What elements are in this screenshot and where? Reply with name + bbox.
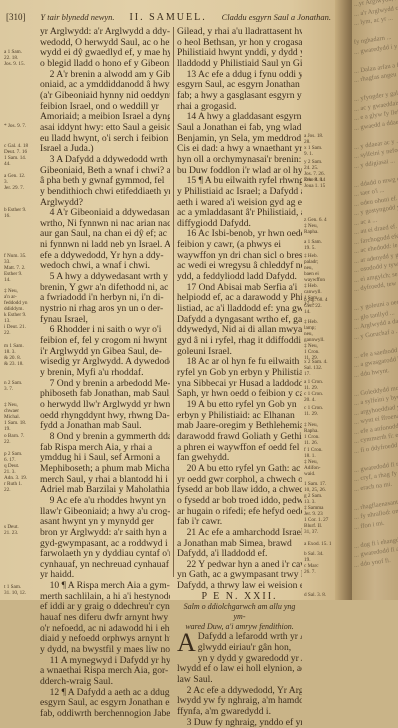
verse-line: o blegid lladd o hono ef y Gibeoniaid. xyxy=(40,59,170,70)
verse-line: y brenin, Myfi a'u rhoddaf. xyxy=(40,368,170,379)
verse-line: ryfel yn Gob yn erbyn y Philistiaid: xyxy=(177,368,302,379)
verse-line: a Jonathan mab Simea, brawd xyxy=(177,539,302,550)
verse-line: 16 Ac Isbi-benob, yr hwn oedd o xyxy=(177,229,302,240)
verse-line: y Philistiaid ac Israel; a Dafydd a xyxy=(177,187,302,198)
verse-line: 7 Ond y brenin a arbedodd Me- xyxy=(40,379,170,390)
verse-line: waywffon yn dri chan sicl o bres) xyxy=(177,251,302,262)
verse-line: fynau Israel, xyxy=(40,315,170,326)
verse-line: i'r Arglwydd yn Gibea Saul, de- xyxy=(40,347,170,358)
verse-line: listiad, ac a'i lladdodd ef: yna gwyr xyxy=(177,304,302,315)
book-title: II. SAMUEL. xyxy=(129,12,206,23)
verse-line: ni fynnwn ni ladd neb yn Israel. Ac xyxy=(40,240,170,251)
verse-line: feibion ef, fel y crogom ni hwynt xyxy=(40,336,170,347)
verse-line: asai iddynt hwy: etto Saul a geisiodd xyxy=(40,123,170,134)
margin-reference: c Gal. 4. 18 Deut. 7. 16 1 Sam. 14. 44. xyxy=(4,143,28,167)
verse-line: a phren ei waywffon ef oedd fel car- xyxy=(177,443,302,454)
margin-reference: m 1 Sam. 18. 3. & 20. 8. & 23. 18. xyxy=(4,343,24,367)
verse-line: 14 A hwy a gladdasant esgyrn xyxy=(177,112,302,123)
margin-reference: f Num. 35. 33. Matt. 7. 2. Esther 9. 14. xyxy=(4,253,26,283)
verse-line: Israel a Juda.) xyxy=(40,144,170,155)
margin-reference: a Jos. 18. 28. xyxy=(304,133,323,145)
margin-reference: a 1 Cron. 11. 29. c 1 Cron. 20. 4. xyxy=(304,379,323,403)
verse-line: 20 A bu etto ryfel yn Gath: ac xyxy=(177,464,302,475)
margin-reference: c 1 Cron. 11. 29. xyxy=(304,405,323,417)
left-column-text: yr Arglwydd: a'r Arglwydd a ddy-wedodd, … xyxy=(40,27,170,600)
verse-line: ydd, a feddyliodd ladd Dafydd. xyxy=(177,272,302,283)
verse-line: diffygiodd Dafydd. xyxy=(177,219,302,230)
verse-line: oniaid, ac a ymddiddanodd â hwynt xyxy=(40,80,170,91)
verse-line: y bendithioch chwi etifeddiaeth yr xyxy=(40,187,170,198)
verse-line: Arglwydd? xyxy=(40,198,170,209)
verse-line: o fysedd ar bob troed iddo, pedwar xyxy=(177,496,302,507)
margin-reference: f 1 Cron. 18. 1. ‡ Neu, Adifon- waid. xyxy=(304,447,323,477)
verse-line: Mephiboseth; a phum mab Michal xyxy=(40,464,170,475)
verse-line: Saul a Jonathan ei fab, yng wlad xyxy=(177,123,302,134)
verse-line: 22 Y pedwar hyn a aned i'r cawr xyxy=(177,560,302,571)
verse-line: ar hugain o rifedi; efe hefyd oedd xyxy=(177,507,302,518)
margin-reference: a 1 Sam. 19. 5. xyxy=(304,239,322,251)
verse-line: 13 Ac efe a ddug i fynu oddi yno xyxy=(177,70,302,81)
verse-line: bron yr Arglwydd: a'r saith hyn a xyxy=(40,528,170,539)
verse-line: 5 A hwy a ddywedasant wrth y xyxy=(40,272,170,283)
verse-line: (a'r Gibeoniaid hynny nid oeddynt o xyxy=(40,91,170,102)
verse-line: rhai a grogasid. xyxy=(177,102,302,113)
margin-reference: a 1 Sam. 22. 18. Jos. 9. 15. xyxy=(4,49,25,67)
verse-line: wedodd, O herwydd Saul, ac o her- xyxy=(40,38,170,49)
verse-line: wedoch chwi, a wnaf i chwi. xyxy=(40,261,170,272)
verse-line: helpiodd ef, ac a darawodd y Phi- xyxy=(177,293,302,304)
margin-reference: 1 Sam. 17. 10, 25, 26. g 2 Sam. 13. 3. xyxy=(304,481,326,505)
margin-reference: z Gen. 6. 4 ‡ Neu, Rapha. xyxy=(304,217,327,235)
verse-line: llaw'r Gibeoniaid; a hwy a'u crog- xyxy=(40,507,170,518)
margin-reference: o Barn. 7. 22. xyxy=(4,433,24,445)
right-running-title: Claddu esgyrn Saul a Jonathan. xyxy=(222,12,331,22)
verse-line: Amoriaid; a meibion Israel a dyng- xyxy=(40,112,170,123)
verse-line: Saph, yr hwn oedd o feibion y cawr. xyxy=(177,389,302,400)
verse-line: lladdodd y Philistiaid Saul yn Gilboa. xyxy=(177,59,302,70)
verse-line: fab; a hwy a gasglasant esgyrn y xyxy=(177,91,302,102)
verse-line: 10 ¶ A Rispa merch Aia a gym- xyxy=(40,581,170,592)
margin-reference: n 2 Sam. 3. 7. xyxy=(4,380,22,392)
margin-reference: ‡ Neu, a'n ar- feddodd yn ddiddym. k Est… xyxy=(4,288,27,336)
verse-line: Dafydd a dyngasant wrtho ef, gan xyxy=(177,315,302,326)
verse-line: fan gwehydd. xyxy=(177,453,302,464)
verse-line: wisedig yr Arglwydd. A dywedodd xyxy=(40,357,170,368)
verse-line: yn Gath, ac a gwympasant trwy law xyxy=(177,570,302,581)
verse-line: 2 A'r brenin a alwodd am y Gibe- xyxy=(40,70,170,81)
verse-line: a fwriadodd i'n herbyn ni, i'n di- xyxy=(40,293,170,304)
left-running-title: Y tair blynedd newyn. xyxy=(40,12,114,22)
verse-line: nystrio ni rhag aros yn un o der- xyxy=(40,304,170,315)
verse-line: farwolaeth yn y dyddiau cyntaf o'r xyxy=(40,549,170,560)
verse-line: oedd rhyngddynt hwy, rhwng Da- xyxy=(40,411,170,422)
page-header: [310] Y tair blynedd newyn. II. SAMUEL. … xyxy=(6,12,331,23)
verse-line: o herwydd llw'r Arglwydd yr hwn xyxy=(40,400,170,411)
verse-line: fydd a Jonathan mab Saul. xyxy=(40,421,170,432)
verse-line: 17 Ond Abisai mab Serfia a'i xyxy=(177,283,302,294)
margin-reference: b Esther 9. 16. xyxy=(4,207,26,219)
right-column-text: Gilead, y rhai a'u lladrattasent hwyo he… xyxy=(177,27,302,600)
verse-line: 9 Ac efe a'u rhoddes hwynt yn xyxy=(40,496,170,507)
chapter-heading: P E N. XXII. xyxy=(177,592,302,600)
margin-reference: p 2 Sam. 6. 17. q Deut. 21. 3. Adn. 3. 1… xyxy=(4,451,27,493)
verse-line: fysedd ar bob llaw iddo, a chwech xyxy=(177,485,302,496)
verse-line: fab Rispa merch Aia, y rhai a xyxy=(40,443,170,454)
margin-reference: t 1 Sam. 31. 10, 12. xyxy=(4,584,26,596)
margin-reference: x 1 Sam. 9. 1. xyxy=(304,145,322,157)
verse-line: gyd â ni i ryfel, rhag it ddiffoddi xyxy=(177,336,302,347)
verse-line: 21 Ac efe a amharchodd Israel; xyxy=(177,528,302,539)
verse-line: Adriel mab Barzilai y Maholathiad. xyxy=(40,485,170,496)
verse-line: aur gan Saul, na chan ei dŷ ef; ac xyxy=(40,229,170,240)
verse-line: efe a ddywedodd, Yr hyn a ddy- xyxy=(40,251,170,262)
verse-line: Gibeoniaid, Beth a wnaf i chwi? ac xyxy=(40,166,170,177)
verse-line: erbyn y Philistiaid: ac Elhanan xyxy=(177,411,302,422)
margin-reference: ‡ Samma Jer. 9. 23 1 Cor. 1. 27 Blurf. I… xyxy=(304,505,328,535)
verse-line: 19 A bu etto ryfel yn Gob yn xyxy=(177,400,302,411)
verse-line: gyd-gwympasant, ac a roddwyd i xyxy=(40,539,170,550)
verse-line: o heol Bethsan, yr hon y crogasai'r xyxy=(177,38,302,49)
verse-line: wydd ei dŷ gwaedlyd ef, y mae hyn, xyxy=(40,48,170,59)
verse-line: aeth i wared a'i weision gyd ag ef; xyxy=(177,198,302,209)
margin-reference: Ethe 8. 14 Joua 1. 15 xyxy=(304,177,325,189)
verse-line: Dafydd, a'i lladdodd ef. xyxy=(177,549,302,560)
margin-reference: b Sal. 34. 19. xyxy=(304,551,324,563)
verse-line: Benjamin, yn Sela, ym meddrod xyxy=(177,134,302,145)
margin-reference: s Deut. 21. 23. xyxy=(4,524,19,536)
margin-reference: x 2 Sam. 4. Sal. 132. 17. xyxy=(304,359,328,377)
verse-line: bu Duw foddlon i'r wlad ar ol hyn. xyxy=(177,166,302,177)
margin-reference: ‡ Neu, Rapha. 1 Cron. 11. 26. xyxy=(304,422,320,446)
margin-reference: b Sal. 68. 4 Gen. 22. 14. xyxy=(304,297,328,315)
margin-reference: ‡ Neu, chwaer Michal. 1 Sam. 18. 19. xyxy=(4,402,26,432)
verse-line: cynhauaf, yn nechreuad cynhauaf xyxy=(40,560,170,571)
verse-line: eu lladd hwynt, o'i serch i feibion xyxy=(40,134,170,145)
verse-line: ymddug hi i Saul, sef Armoni a xyxy=(40,453,170,464)
verse-line: feibion Israel, ond o weddill yr xyxy=(40,102,170,113)
verse-line: 18 Ac ar ol hyn fe fu eilwaith xyxy=(177,357,302,368)
verse-line: Cis ei dad: a hwy a wnaethant yr xyxy=(177,144,302,155)
verse-line: esgyrn Saul, ac esgyrn Jonathan ei xyxy=(177,80,302,91)
verse-line: 6 Rhodder i ni saith o wyr o'i xyxy=(40,325,170,336)
margin-reference: c Marc 26. 7. xyxy=(304,563,319,575)
verse-line: 3 A Dafydd a ddywedodd wrth y xyxy=(40,155,170,166)
verse-line: goleuni Israel. xyxy=(177,347,302,358)
verse-line: ddywedyd, Nid ai di allan mwyach xyxy=(177,325,302,336)
verse-line: merth sachlilain, a hi a'i hestynodd xyxy=(40,592,170,600)
verse-line: 4 A'r Gibeoniaid a ddywedasant xyxy=(40,208,170,219)
verse-line: yr haidd. xyxy=(40,570,170,581)
verse-line: mab Jaare-oregim y Bethlehemiad a xyxy=(177,421,302,432)
verse-line: fab i'r cawr. xyxy=(177,517,302,528)
verse-line: hyn oll a orchymynasai'r brenin: a xyxy=(177,155,302,166)
verse-line: darawodd frawd Goliath y Gethiad; xyxy=(177,432,302,443)
verse-line: yna Sibbecai yr Husad a laddodd xyxy=(177,379,302,390)
verse-line: 15 ¶ A bu eilwaith ryfel rhwng xyxy=(177,176,302,187)
margin-reference: a Gen. 12. 3. Jer. 29. 7. xyxy=(4,173,25,191)
verse-line: Gilead, y rhai a'u lladrattasent hwy xyxy=(177,27,302,38)
verse-line: feibion y cawr, (a phwys ei xyxy=(177,240,302,251)
right-column-verses: Gilead, y rhai a'u lladrattasent hwyo he… xyxy=(177,27,302,592)
margin-reference: a Exod. 15. 1 xyxy=(304,541,332,547)
verse-line: yr Arglwydd: a'r Arglwydd a ddy- xyxy=(40,27,170,38)
verse-line: phiboseth fab Jonathan, mab Saul, xyxy=(40,389,170,400)
verse-line: ac wedi ei wregysu â chleddyf new- xyxy=(177,261,302,272)
verse-line: yr oedd gwr corphol, a chwech o xyxy=(177,475,302,486)
verse-line: brenin, Y gwr a'n difethodd ni, ac xyxy=(40,283,170,294)
margin-reference: * Jos. 9. 7. xyxy=(4,123,26,129)
facing-page-edge: ...yr Arglwydd, ... ... a'r Arglwydd can… xyxy=(352,0,398,600)
page-number: [310] xyxy=(6,12,26,22)
verse-line: merch Saul, y rhai a blantodd hi i xyxy=(40,475,170,486)
bible-page-left: [310] Y tair blynedd newyn. II. SAMUEL. … xyxy=(0,0,340,600)
verse-line: Philistiaid hwynt ynddi, y dydd y xyxy=(177,48,302,59)
verse-line: asant hwynt yn y mynydd ger xyxy=(40,517,170,528)
verse-line: 8 Ond y brenin a gymmerth ddau xyxy=(40,432,170,443)
verse-line: â pha beth y gwnaf gymmod, fel xyxy=(40,176,170,187)
column-divider xyxy=(173,27,174,577)
margin-reference: d Sal. 3. 8. xyxy=(304,592,326,598)
margin-reference: ‡ Heb. lamp; neu, gannwyll. ‡ Neu, 1 Cro… xyxy=(304,319,325,361)
verse-line: ac a ymladdasant â'r Philistiaid, a xyxy=(177,208,302,219)
verse-line: wrtho, Ni fynnwn ni nac arian nac xyxy=(40,219,170,230)
